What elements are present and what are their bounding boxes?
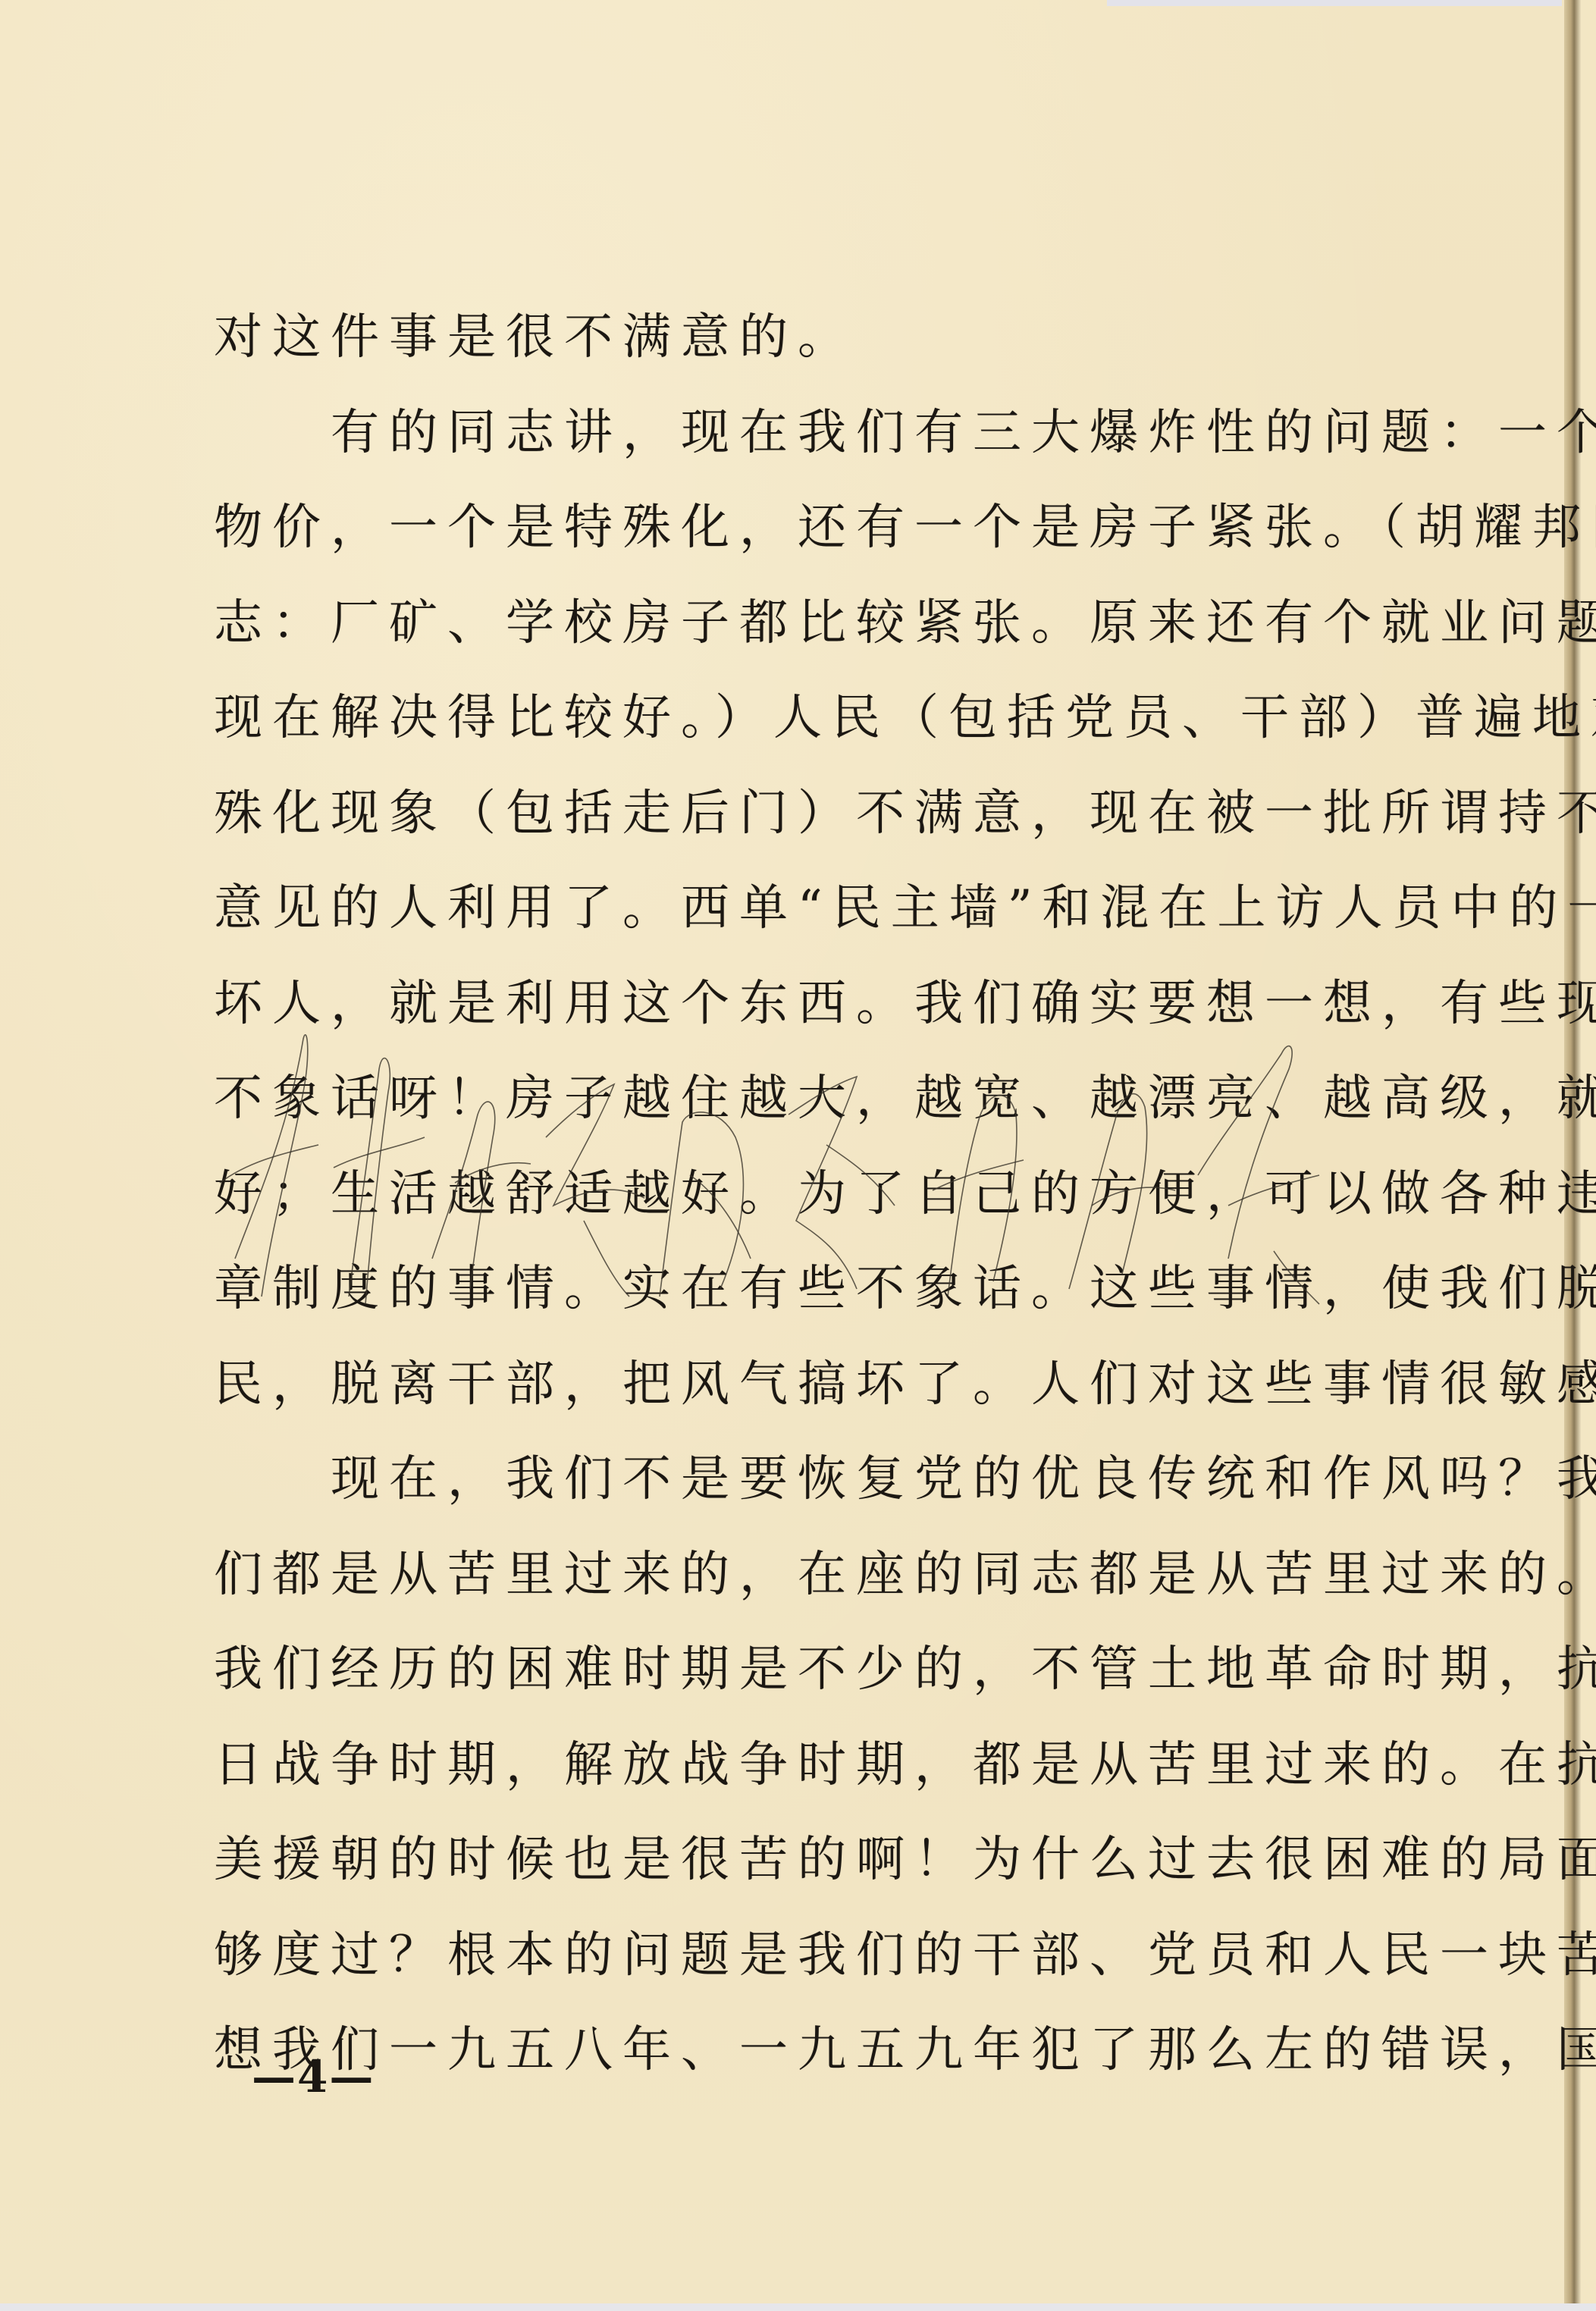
scan-border-top xyxy=(1107,0,1562,6)
text-line: 美援朝的时候也是很苦的啊！为什么过去很困难的局面能 xyxy=(214,1822,1472,1917)
text-line: 想我们一九五八年、一九五九年犯了那么左的错误，国民 xyxy=(214,2012,1472,2108)
text-line: 志：厂矿、学校房子都比较紧张。原来还有个就业问题， xyxy=(214,585,1472,681)
text-line: 有的同志讲，现在我们有三大爆炸性的问题：一个是 xyxy=(214,395,1472,491)
text-line: 坏人，就是利用这个东西。我们确实要想一想，有些现象是 xyxy=(214,966,1472,1061)
text-line: 们都是从苦里过来的，在座的同志都是从苦里过来的。 xyxy=(214,1537,1472,1632)
text-line: 够度过？根本的问题是我们的干部、党员和人民一块苦。回 xyxy=(214,1917,1472,2013)
scan-border-bottom xyxy=(0,2303,1596,2311)
text-line: 民，脱离干部，把风气搞坏了。人们对这些事情很敏感。 xyxy=(214,1347,1472,1442)
text-line: 不象话呀！房子越住越大，越宽、越漂亮、越高级，就越 xyxy=(214,1061,1472,1156)
text-line: 现在，我们不是要恢复党的优良传统和作风吗？我 xyxy=(214,1441,1472,1537)
text-line: 日战争时期，解放战争时期，都是从苦里过来的。在抗 xyxy=(214,1727,1472,1823)
body-text: 对这件事是很不满意的。 有的同志讲，现在我们有三大爆炸性的问题：一个是 物价，一… xyxy=(214,299,1472,2108)
scanned-page: 对这件事是很不满意的。 有的同志讲，现在我们有三大爆炸性的问题：一个是 物价，一… xyxy=(0,0,1581,2311)
text-line: 对这件事是很不满意的。 xyxy=(214,299,1472,395)
page-number: —4— xyxy=(252,2051,375,2102)
text-line: 殊化现象（包括走后门）不满意，现在被一批所谓持不同 xyxy=(214,776,1472,871)
text-line: 我们经历的困难时期是不少的，不管土地革命时期，抗 xyxy=(214,1632,1472,1727)
text-line: 章制度的事情。实在有些不象话。这些事情，使我们脱离人 xyxy=(214,1251,1472,1347)
text-line: 意见的人利用了。西单“民主墙”和混在上访人员中的一些 xyxy=(214,870,1472,966)
text-line: 现在解决得比较好。）人民（包括党员、干部）普遍地对特 xyxy=(214,680,1472,776)
text-line: 好；生活越舒适越好。为了自己的方便，可以做各种违反规 xyxy=(214,1156,1472,1252)
text-line: 物价，一个是特殊化，还有一个是房子紧张。（胡耀邦同 xyxy=(214,490,1472,585)
